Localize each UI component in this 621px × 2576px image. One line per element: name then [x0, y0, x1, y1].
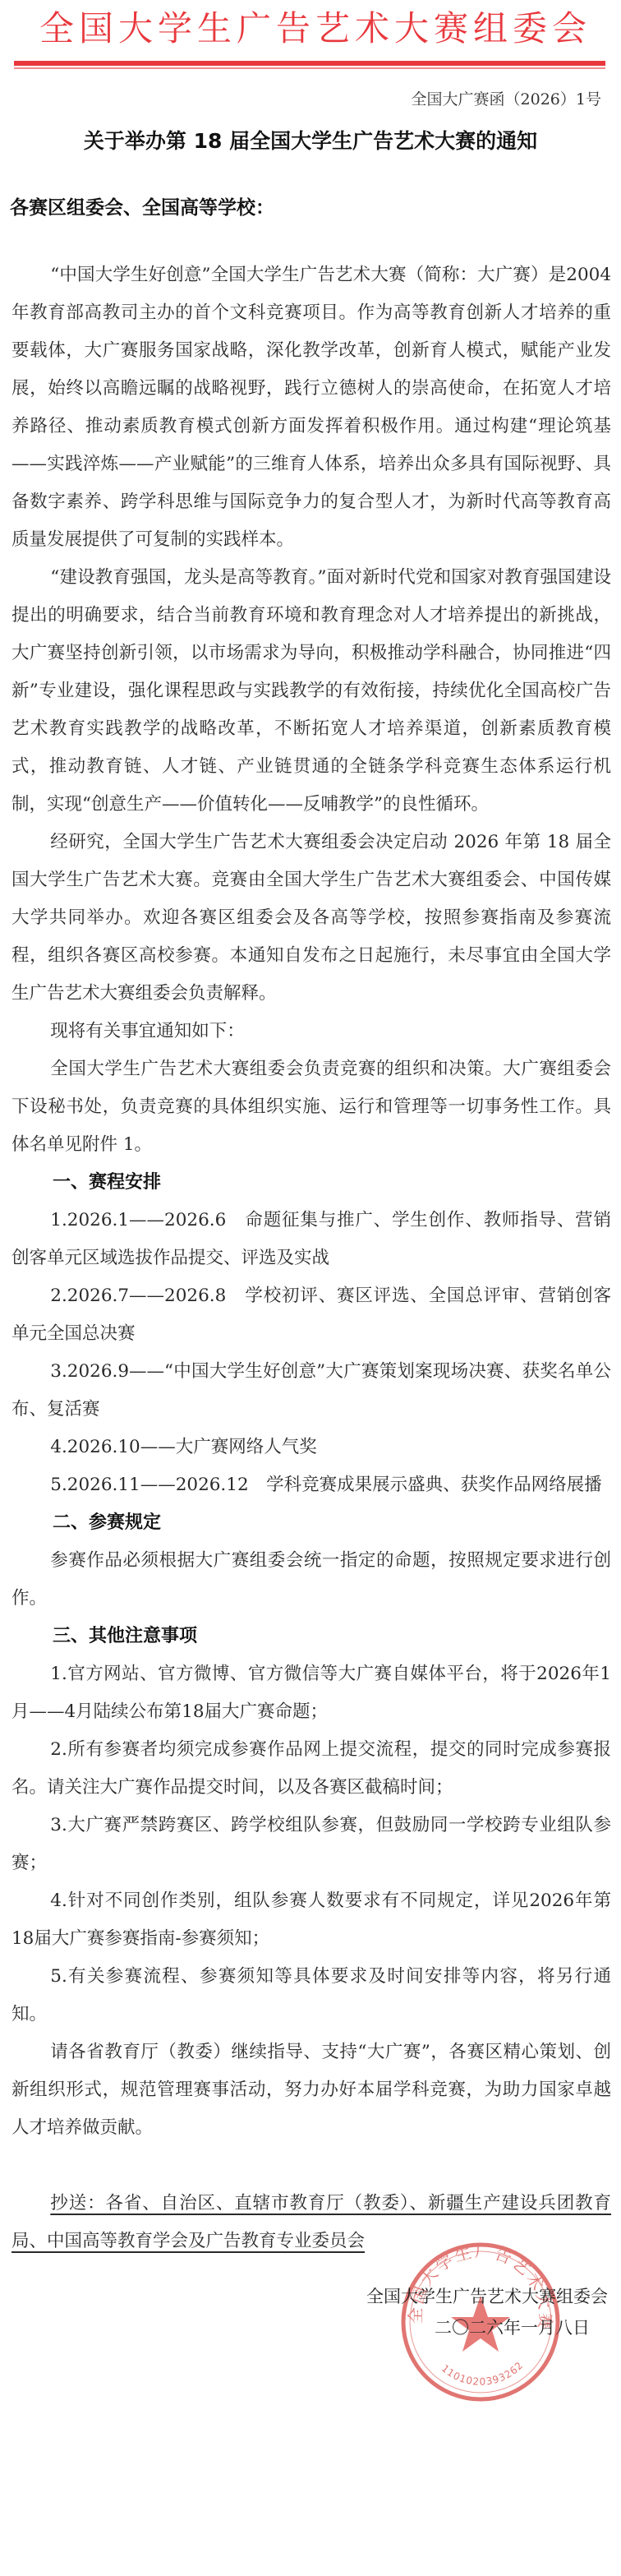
notes-item: 5.有关参赛流程、参赛须知等具体要求及时间安排等内容，将另行通知。 — [11, 1958, 611, 2034]
closing-paragraph: 请各省教育厅（教委）继续指导、支持“大广赛”，各赛区精心策划、创新组织形式，规范… — [11, 2034, 611, 2147]
schedule-item: 2.2026.7——2026.8 学校初评、赛区评选、全国总评审、营销创客单元全… — [11, 1277, 611, 1353]
notes-item: 2.所有参赛者均须完成参赛作品网上提交流程，提交的同时完成参赛报名。请关注大广赛… — [11, 1731, 611, 1807]
masthead-title: 全国大学生广告艺术大赛组委会 — [0, 8, 621, 49]
header-divider — [14, 61, 605, 66]
notes-item: 1.官方网站、官方微博、官方微信等大广赛自媒体平台，将于2026年1月——4月陆… — [11, 1655, 611, 1731]
document-title: 关于举办第 18 届全国大学生广告艺术大赛的通知 — [0, 125, 621, 155]
rules-item: 参赛作品必须根据大广赛组委会统一指定的命题，按照规定要求进行创作。 — [11, 1542, 611, 1618]
schedule-item: 4.2026.10——大广赛网络人气奖 — [11, 1429, 611, 1466]
schedule-item: 5.2026.11——2026.12 学科竞赛成果展示盛典、获奖作品网络展播 — [11, 1466, 611, 1504]
signature-org: 全国大学生广告艺术大赛组委会 — [337, 2281, 608, 2312]
paragraph-lead-in: 现将有关事宜通知如下： — [11, 1013, 611, 1050]
paragraph-intro-3: 经研究，全国大学生广告艺术大赛组委会决定启动 2026 年第 18 届全国大学生… — [11, 824, 611, 1013]
section-heading-rules: 二、参赛规定 — [11, 1504, 611, 1542]
paragraph-intro-2: “建设教育强国，龙头是高等教育。”面对新时代党和国家对教育强国建设提出的明确要求… — [11, 559, 611, 824]
salutation: 各赛区组委会、全国高等学校： — [10, 192, 274, 219]
notes-item: 4.针对不同创作类别，组队参赛人数要求有不同规定，详见2026年第18届大广赛参… — [11, 1882, 611, 1958]
paragraph-intro-1: “中国大学生好创意”全国大学生广告艺术大赛（简称：大广赛）是2004 年教育部高… — [11, 256, 611, 559]
paragraph-organization: 全国大学生广告艺术大赛组委会负责竞赛的组织和决策。大广赛组委会下设秘书处，负责竞… — [11, 1050, 611, 1164]
section-heading-schedule: 一、赛程安排 — [11, 1164, 611, 1202]
schedule-item: 3.2026.9——“中国大学生好创意”大广赛策划案现场决赛、获奖名单公布、复活… — [11, 1353, 611, 1429]
notes-item: 3.大广赛严禁跨赛区、跨学校组队参赛，但鼓励同一学校跨专业组队参赛； — [11, 1807, 611, 1882]
signature-date: 二〇二六年一月八日 — [337, 2312, 608, 2343]
document-number: 全国大广赛函（2026）1号 — [412, 87, 601, 109]
document-body: “中国大学生好创意”全国大学生广告艺术大赛（简称：大广赛）是2004 年教育部高… — [11, 256, 611, 2260]
schedule-item: 1.2026.1——2026.6 命题征集与推广、学生创作、教师指导、营销创客单… — [11, 1202, 611, 1277]
section-heading-notes: 三、其他注意事项 — [11, 1618, 611, 1655]
signature-block: 全国大学生广告艺术大赛组委会 二〇二六年一月八日 — [337, 2281, 608, 2343]
header-divider-thin — [14, 67, 605, 69]
svg-text:1101020393262: 1101020393262 — [439, 2359, 526, 2388]
